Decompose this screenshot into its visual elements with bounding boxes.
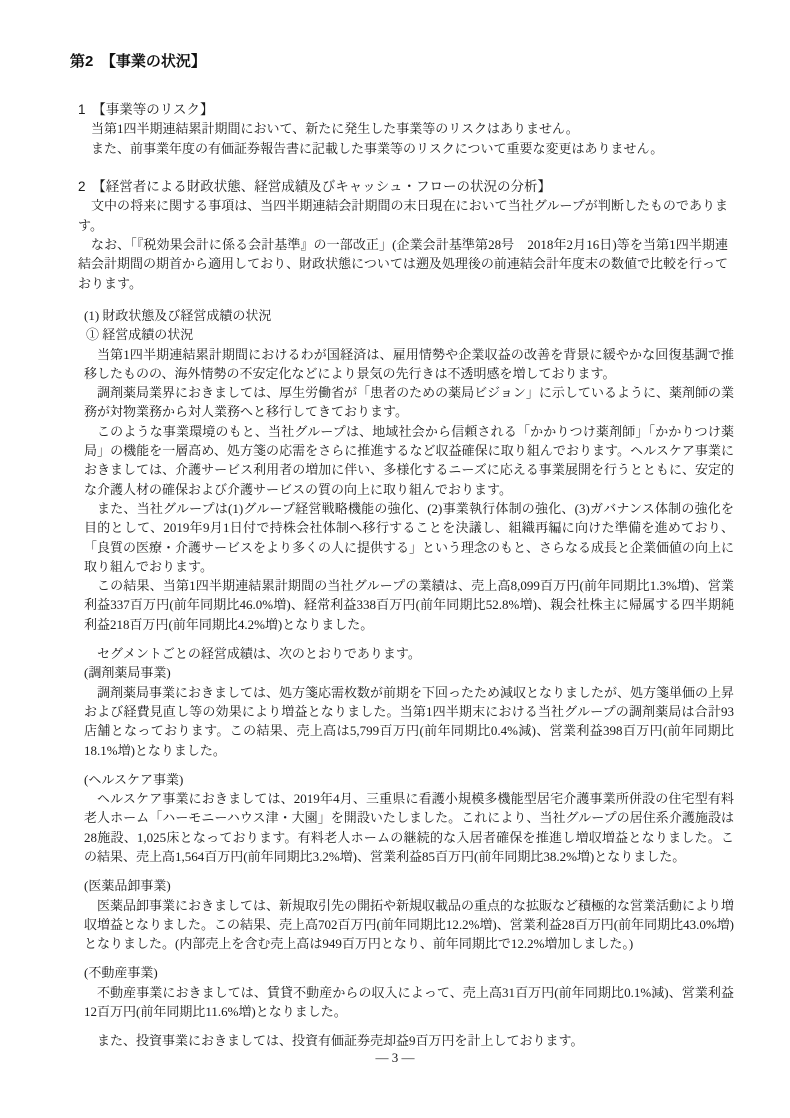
section-2-heading-management-analysis: 2 【経営者による財政状態、経営成績及びキャッシュ・フローの状況の分析】 xyxy=(78,177,734,196)
analysis-intro-paragraph-1: 文中の将来に関する事項は、当四半期連結会計期間の末日現在において当社グループが判… xyxy=(78,196,728,235)
real-estate-paragraph: 不動産事業におきましては、賃貸不動産からの収入によって、売上高31百万円(前年同… xyxy=(84,983,734,1022)
page-number: ― 3 ― xyxy=(0,1050,790,1066)
segment-label-real-estate: (不動産事業) xyxy=(84,963,734,982)
document-body: 1 【事業等のリスク】当第1四半期連結累計期間において、新たに発生した事業等のリ… xyxy=(70,100,734,1051)
subsection-circle1-heading-business-results: ① 経営成績の状況 xyxy=(86,325,734,344)
economy-overview-paragraph: 当第1四半期連結累計期間におけるわが国経済は、雇用情勢や企業収益の改善を背景に緩… xyxy=(84,345,734,384)
chapter-heading: 第2 【事業の状況】 xyxy=(70,51,734,73)
report-page: 第2 【事業の状況】 1 【事業等のリスク】当第1四半期連結累計期間において、新… xyxy=(0,0,790,1118)
risk-paragraph-2: また、前事業年度の有価証券報告書に記載した事業等のリスクについて重要な変更はあり… xyxy=(78,139,728,158)
section-1-heading-business-risks: 1 【事業等のリスク】 xyxy=(78,100,734,119)
consolidated-results-paragraph: この結果、当第1四半期連結累計期間の当社グループの業績は、売上高8,099百万円… xyxy=(84,576,734,634)
business-environment-paragraph: このような事業環境のもと、当社グループは、地域社会から信頼される「かかりつけ薬剤… xyxy=(84,422,734,499)
risk-paragraph-1: 当第1四半期連結累計期間において、新たに発生した事業等のリスクはありません。 xyxy=(78,119,728,138)
investment-business-paragraph: また、投資事業におきましては、投資有価証券売却益9百万円を計上しております。 xyxy=(84,1031,734,1050)
dispensing-pharmacy-paragraph: 調剤薬局事業におきましては、処方箋応需枚数が前期を下回ったため減収となりましたが… xyxy=(84,683,734,760)
analysis-intro-paragraph-2: なお、「『税効果会計に係る会計基準』の一部改正」(企業会計基準第28号 2018… xyxy=(78,235,728,293)
segment-results-lead-paragraph: セグメントごとの経営成績は、次のとおりであります。 xyxy=(84,644,734,663)
subsection-1-heading-financial-position: (1) 財政状態及び経営成績の状況 xyxy=(84,306,734,325)
segment-label-healthcare: (ヘルスケア事業) xyxy=(84,770,734,789)
segment-label-dispensing-pharmacy: (調剤薬局事業) xyxy=(84,663,734,682)
segment-label-pharmaceutical-wholesale: (医薬品卸事業) xyxy=(84,876,734,895)
healthcare-paragraph: ヘルスケア事業におきましては、2019年4月、三重県に看護小規模多機能型居宅介護… xyxy=(84,789,734,866)
holding-company-transition-paragraph: また、当社グループは(1)グループ経営戦略機能の強化、(2)事業執行体制の強化、… xyxy=(84,499,734,576)
pharmacy-industry-paragraph: 調剤薬局業界におきましては、厚生労働省が「患者のための薬局ビジョン」に示している… xyxy=(84,383,734,422)
pharmaceutical-wholesale-paragraph: 医薬品卸事業におきましては、新規取引先の開拓や新規収載品の重点的な拡販など積極的… xyxy=(84,896,734,954)
